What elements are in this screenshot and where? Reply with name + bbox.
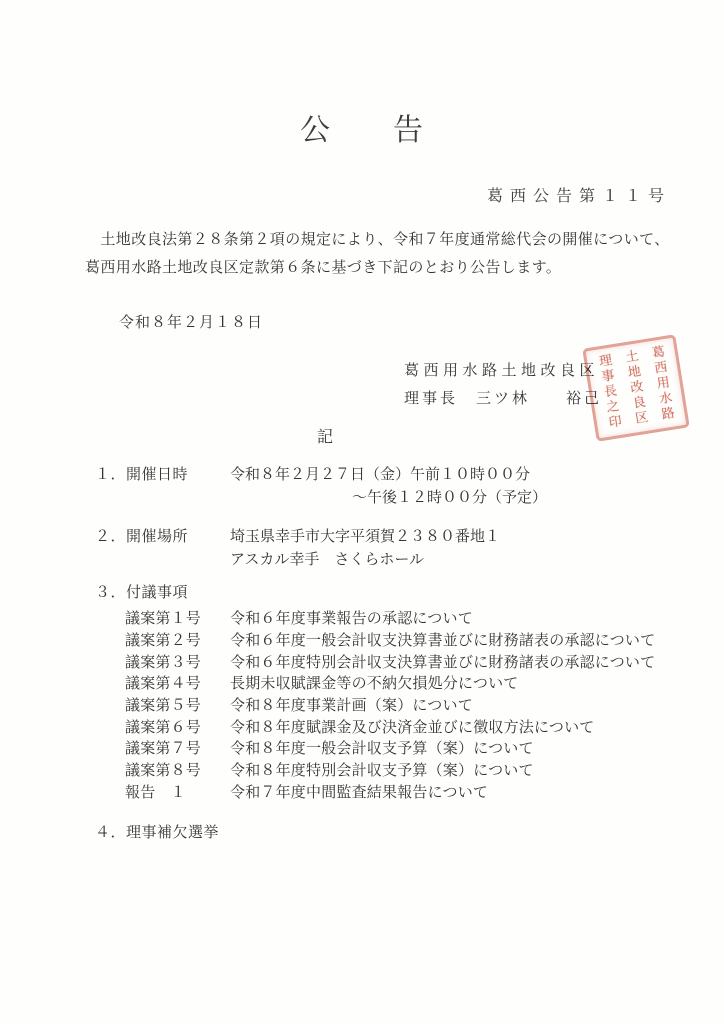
seal-column-2: 土地改良区 <box>621 348 652 428</box>
issue-date: 令和８年２月１８日 <box>119 314 263 333</box>
agenda-item-1: 議案第１号令和６年度事業報告の承認について <box>125 610 473 629</box>
body-paragraph-line-1: 土地改良法第２８条第２項の規定により、令和７年度通常総代会の開催について、 <box>85 231 670 250</box>
section-2-venue-address: 埼玉県幸手市大字平須賀２３８０番地１ <box>230 528 500 547</box>
agenda-item-3-text: 令和６年度特別会計収支決算書並びに財務諸表の承認について <box>230 655 655 671</box>
section-1-datetime-line-1: 令和８年２月２７日（金）午前１０時００分 <box>230 466 530 485</box>
agenda-item-3: 議案第３号令和６年度特別会計収支決算書並びに財務諸表の承認について <box>125 654 655 673</box>
agenda-item-4: 議案第４号長期未収賦課金等の不納欠損処分について <box>125 675 519 694</box>
agenda-item-5-text: 令和８年度事業計画（案）について <box>230 698 473 714</box>
agenda-item-7: 議案第７号令和８年度一般会計収支予算（案）について <box>125 740 534 759</box>
section-2-heading: ２．開催場所 <box>95 528 188 547</box>
agenda-item-8: 議案第８号令和８年度特別会計収支予算（案）について <box>125 762 534 781</box>
issuer-organization: 葛西用水路土地改良区 <box>404 362 599 381</box>
issuer-representative: 理事長 三ツ林 裕己 <box>404 390 602 409</box>
agenda-item-3-label: 議案第３号 <box>125 654 230 673</box>
body-paragraph-line-2: 葛西用水路土地改良区定款第６条に基づき下記のとおり公告します。 <box>85 259 561 278</box>
seal-column-3: 理事長之印 <box>594 352 625 432</box>
agenda-report-1: 報告 １令和７年度中間監査結果報告について <box>125 784 488 803</box>
agenda-item-5-label: 議案第５号 <box>125 697 230 716</box>
section-4-heading: ４．理事補欠選挙 <box>95 824 219 843</box>
agenda-report-1-label: 報告 １ <box>125 784 230 803</box>
agenda-item-6-label: 議案第６号 <box>125 719 230 738</box>
section-1-heading: １．開催日時 <box>95 466 188 485</box>
notice-number: 葛西公告第１１号 <box>487 187 671 207</box>
section-2-venue-name: アスカル幸手 さくらホール <box>230 551 424 570</box>
agenda-item-4-text: 長期未収賦課金等の不納欠損処分について <box>230 676 519 692</box>
agenda-item-1-label: 議案第１号 <box>125 610 230 629</box>
agenda-item-4-label: 議案第４号 <box>125 675 230 694</box>
agenda-item-2: 議案第２号令和６年度一般会計収支決算書並びに財務諸表の承認について <box>125 632 655 651</box>
agenda-item-2-text: 令和６年度一般会計収支決算書並びに財務諸表の承認について <box>230 633 655 649</box>
section-3-heading: ３．付議事項 <box>95 584 188 603</box>
seal-column-1: 葛西用水路 <box>647 344 678 424</box>
section-1-datetime-line-2: ～午後１２時００分（予定） <box>352 489 547 508</box>
record-marker: 記 <box>317 428 333 448</box>
official-seal-stamp: 葛西用水路 土地改良区 理事長之印 <box>582 334 690 442</box>
agenda-item-1-text: 令和６年度事業報告の承認について <box>230 611 473 627</box>
agenda-report-1-text: 令和７年度中間監査結果報告について <box>230 785 488 801</box>
agenda-item-2-label: 議案第２号 <box>125 632 230 651</box>
agenda-item-7-text: 令和８年度一般会計収支予算（案）について <box>230 741 534 757</box>
agenda-item-5: 議案第５号令和８年度事業計画（案）について <box>125 697 473 716</box>
page-title: 公 告 <box>0 112 724 150</box>
agenda-item-6-text: 令和８年度賦課金及び決済金並びに徴収方法について <box>230 720 595 736</box>
agenda-item-8-label: 議案第８号 <box>125 762 230 781</box>
agenda-item-6: 議案第６号令和８年度賦課金及び決済金並びに徴収方法について <box>125 719 595 738</box>
agenda-item-8-text: 令和８年度特別会計収支予算（案）について <box>230 763 534 779</box>
notice-document: 公 告 葛西公告第１１号 土地改良法第２８条第２項の規定により、令和７年度通常総… <box>0 0 724 1024</box>
agenda-item-7-label: 議案第７号 <box>125 740 230 759</box>
